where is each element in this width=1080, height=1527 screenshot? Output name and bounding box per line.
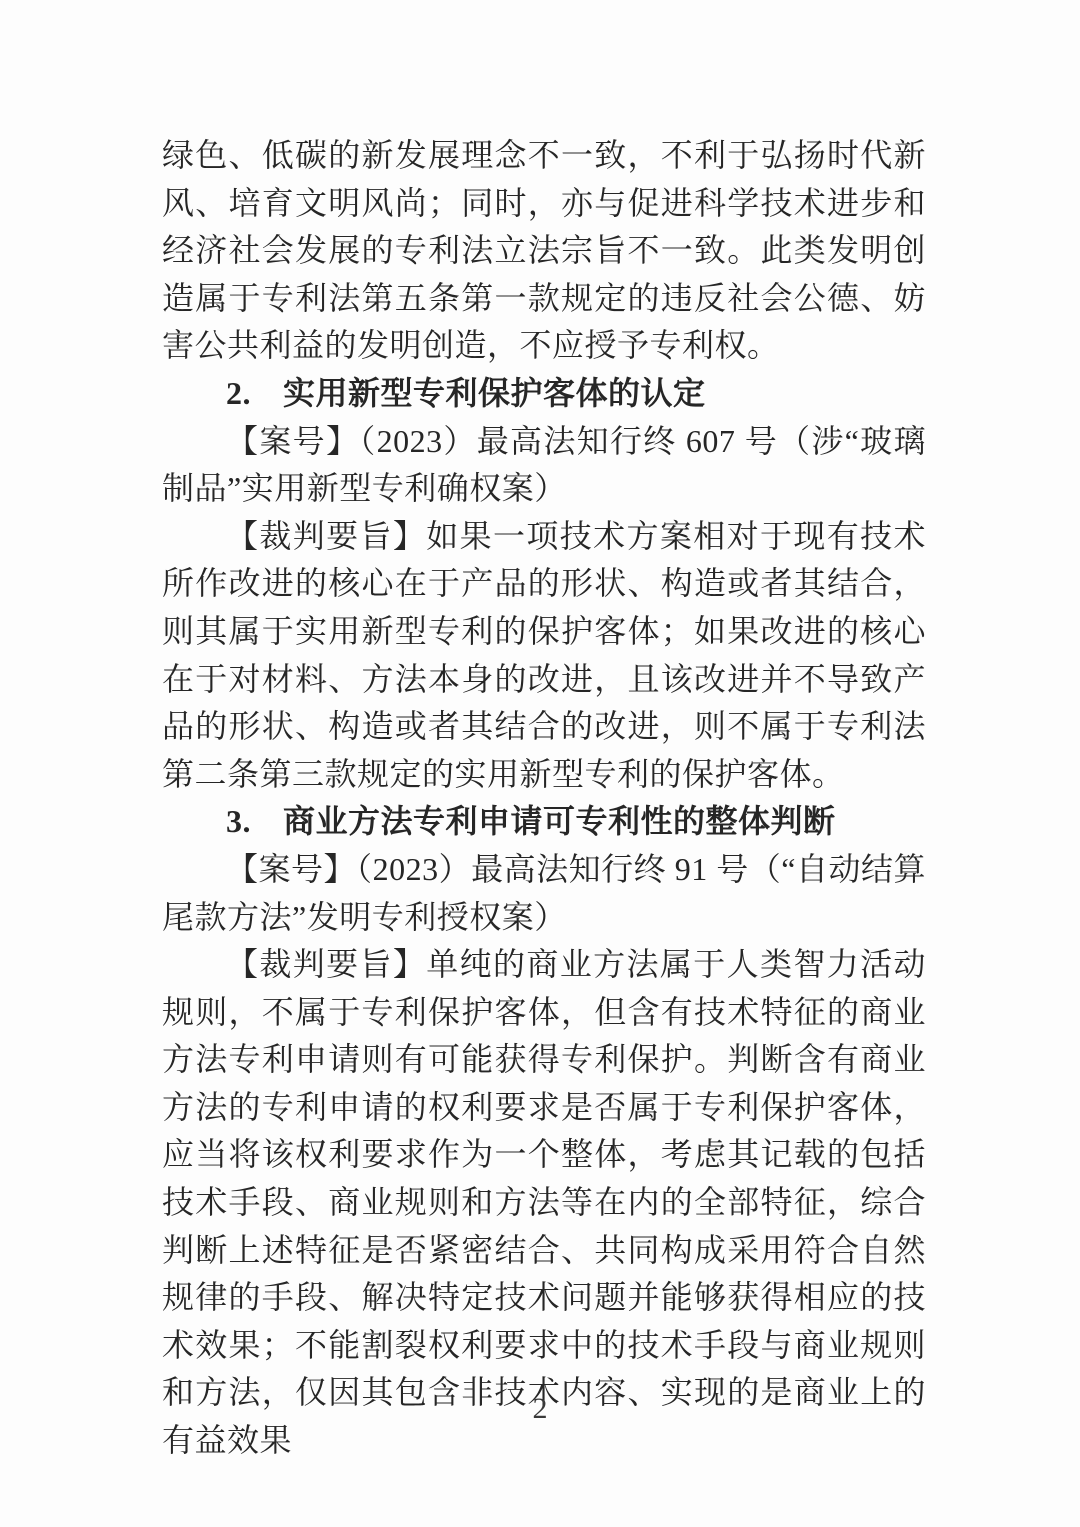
page-number: 2 — [533, 1392, 548, 1425]
section-2-case-number: 【案号】（2023）最高法知行终 607 号（涉“玻璃制品”实用新型专利确权案） — [162, 418, 926, 513]
section-2-gist: 【裁判要旨】如果一项技术方案相对于现有技术所作改进的核心在于产品的形状、构造或者… — [162, 513, 926, 799]
page-footer: 2 — [0, 1392, 1080, 1426]
document-body: 绿色、低碳的新发展理念不一致，不利于弘扬时代新风、培育文明风尚；同时，亦与促进科… — [162, 132, 926, 1465]
section-3-gist: 【裁判要旨】单纯的商业方法属于人类智力活动规则，不属于专利保护客体，但含有技术特… — [162, 941, 926, 1465]
section-3-heading: 3.商业方法专利申请可专利性的整体判断 — [162, 798, 926, 846]
document-page: 绿色、低碳的新发展理念不一致，不利于弘扬时代新风、培育文明风尚；同时，亦与促进科… — [0, 0, 1080, 1527]
section-2-title: 实用新型专利保护客体的认定 — [283, 375, 706, 411]
section-2-heading: 2.实用新型专利保护客体的认定 — [162, 370, 926, 418]
paragraph-continuation: 绿色、低碳的新发展理念不一致，不利于弘扬时代新风、培育文明风尚；同时，亦与促进科… — [162, 132, 926, 370]
section-3-case-number: 【案号】（2023）最高法知行终 91 号（“自动结算尾款方法”发明专利授权案） — [162, 846, 926, 941]
section-3-number: 3. — [226, 803, 251, 839]
section-3-title: 商业方法专利申请可专利性的整体判断 — [283, 803, 836, 839]
section-2-number: 2. — [226, 375, 251, 411]
